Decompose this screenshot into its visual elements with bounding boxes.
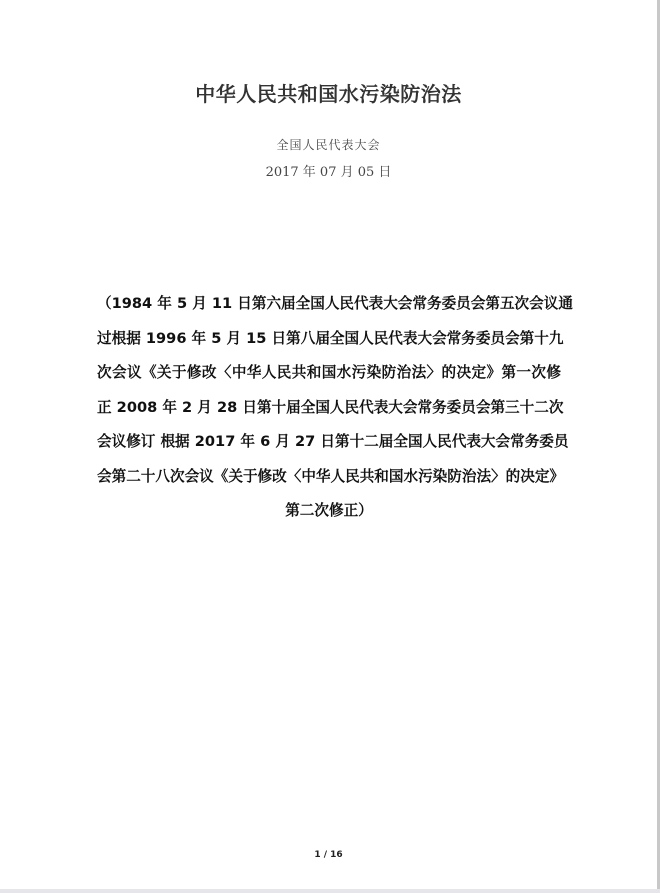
history-line: 会第二十八次会议《关于修改〈中华人民共和国水污染防治法〉的决定》 [97,464,561,499]
page-bottom-divider [0,889,660,893]
amendment-history: （1984 年 5 月 11 日第六届全国人民代表大会常务委员会第五次会议通 过… [97,291,561,533]
history-line: 过根据 1996 年 5 月 15 日第八届全国人民代表大会常务委员会第十九 [97,326,561,361]
history-line: 次会议《关于修改〈中华人民共和国水污染防治法〉的决定》第一次修 [97,360,561,395]
page-number: 1 / 16 [0,850,657,860]
issuing-authority: 全国人民代表大会 [0,136,657,153]
document-page: 中华人民共和国水污染防治法 全国人民代表大会 2017 年 07 月 05 日 … [0,0,657,889]
publication-date: 2017 年 07 月 05 日 [0,161,657,180]
document-title: 中华人民共和国水污染防治法 [0,78,657,107]
history-line: 正 2008 年 2 月 28 日第十届全国人民代表大会常务委员会第三十二次 [97,395,561,430]
history-line: 第二次修正） [97,498,561,533]
history-line: 会议修订 根据 2017 年 6 月 27 日第十二届全国人民代表大会常务委员 [97,429,561,464]
history-line: （1984 年 5 月 11 日第六届全国人民代表大会常务委员会第五次会议通 [97,291,561,326]
